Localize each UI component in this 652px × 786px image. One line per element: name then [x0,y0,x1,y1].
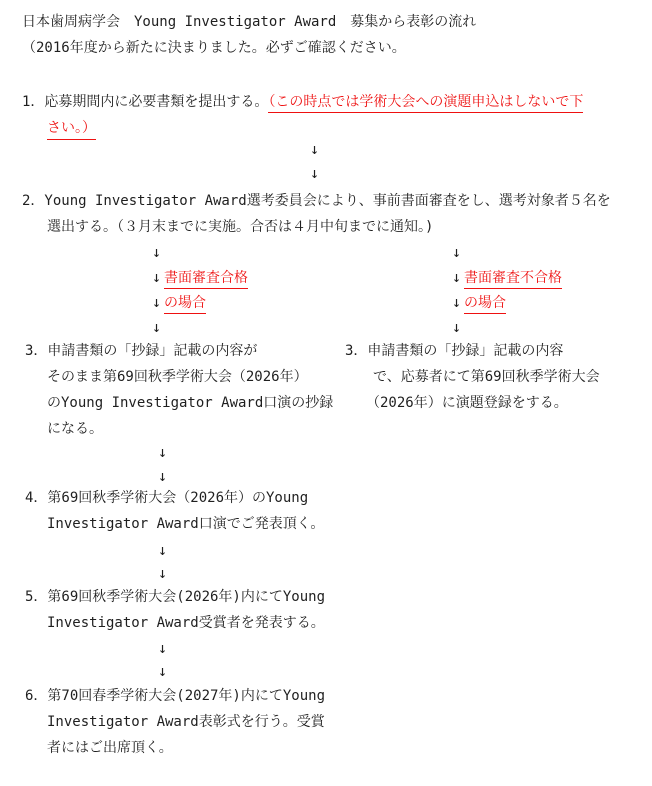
branch-right-case-label: の場合 [464,295,506,314]
step3-left-line4: になる。 [47,420,103,438]
down-arrow-icon: ↓ [158,541,167,559]
step3-left-line2: そのまま第69回秋季学術大会（2026年） [47,368,308,386]
down-arrow-icon: ↓ [152,293,161,311]
step4-line2: Investigator Award口演でご発表頂く。 [47,515,324,533]
branch-right-row1: ↓書面審査不合格 [452,268,562,287]
branch-left-case-label: の場合 [164,295,206,314]
step3-left-line3: のYoung Investigator Award口演の抄録 [47,394,333,412]
branch-left-pass-label: 書面審査合格 [164,270,248,289]
step1-warning-text: （この時点では学術大会への演題申込はしないで下 [268,94,583,113]
down-arrow-icon: ↓ [452,243,461,261]
down-arrow-icon: ↓ [452,293,461,311]
step5-line1: 5．第69回秋季学術大会(2026年)内にてYoung [25,588,325,606]
page-subtitle: （2016年度から新たに決まりました。必ずご確認ください。 [22,39,406,57]
down-arrow-icon: ↓ [152,268,161,286]
page-title: 日本歯周病学会 Young Investigator Award 募集から表彰の… [22,13,476,31]
document-page: 日本歯周病学会 Young Investigator Award 募集から表彰の… [0,0,652,786]
down-arrow-icon: ↓ [158,564,167,582]
step3-left-line1: 3．申請書類の「抄録」記載の内容が [25,342,257,360]
down-arrow-icon: ↓ [158,467,167,485]
down-arrow-icon: ↓ [452,318,461,336]
down-arrow-icon: ↓ [158,662,167,680]
down-arrow-icon: ↓ [158,639,167,657]
step3-right-line3: （2026年）に演題登録をする。 [366,394,568,412]
step6-line2: Investigator Award表彰式を行う。受賞 [47,713,325,731]
step3-right-line2: で、応募者にて第69回秋季学術大会 [373,368,600,386]
step6-line3: 者にはご出席頂く。 [47,739,173,757]
branch-left-row1: ↓書面審査合格 [152,268,248,287]
step6-line1: 6．第70回春季学術大会(2027年)内にてYoung [25,687,325,705]
step2-line2: 選出する。（３月末までに実施。合否は４月中旬までに通知。) [47,218,433,236]
down-arrow-icon: ↓ [158,443,167,461]
down-arrow-icon: ↓ [310,140,319,158]
down-arrow-icon: ↓ [310,164,319,182]
branch-right-row2: ↓の場合 [452,293,506,312]
down-arrow-icon: ↓ [452,268,461,286]
step1-warning-text-continued: さい。） [47,119,96,140]
step5-line2: Investigator Award受賞者を発表する。 [47,614,325,632]
down-arrow-icon: ↓ [152,318,161,336]
branch-right-fail-label: 書面審査不合格 [464,270,562,289]
step1-line1: 1．応募期間内に必要書類を提出する。（この時点では学術大会への演題申込はしないで… [22,93,583,111]
branch-left-row2: ↓の場合 [152,293,206,312]
down-arrow-icon: ↓ [152,243,161,261]
step1-intro-text: 1．応募期間内に必要書類を提出する。 [22,94,268,110]
step4-line1: 4．第69回秋季学術大会（2026年）のYoung [25,489,308,507]
step3-right-line1: 3．申請書類の「抄録」記載の内容 [345,342,563,360]
step2-line1: 2．Young Investigator Award選考委員会により、事前書面審… [22,192,611,210]
